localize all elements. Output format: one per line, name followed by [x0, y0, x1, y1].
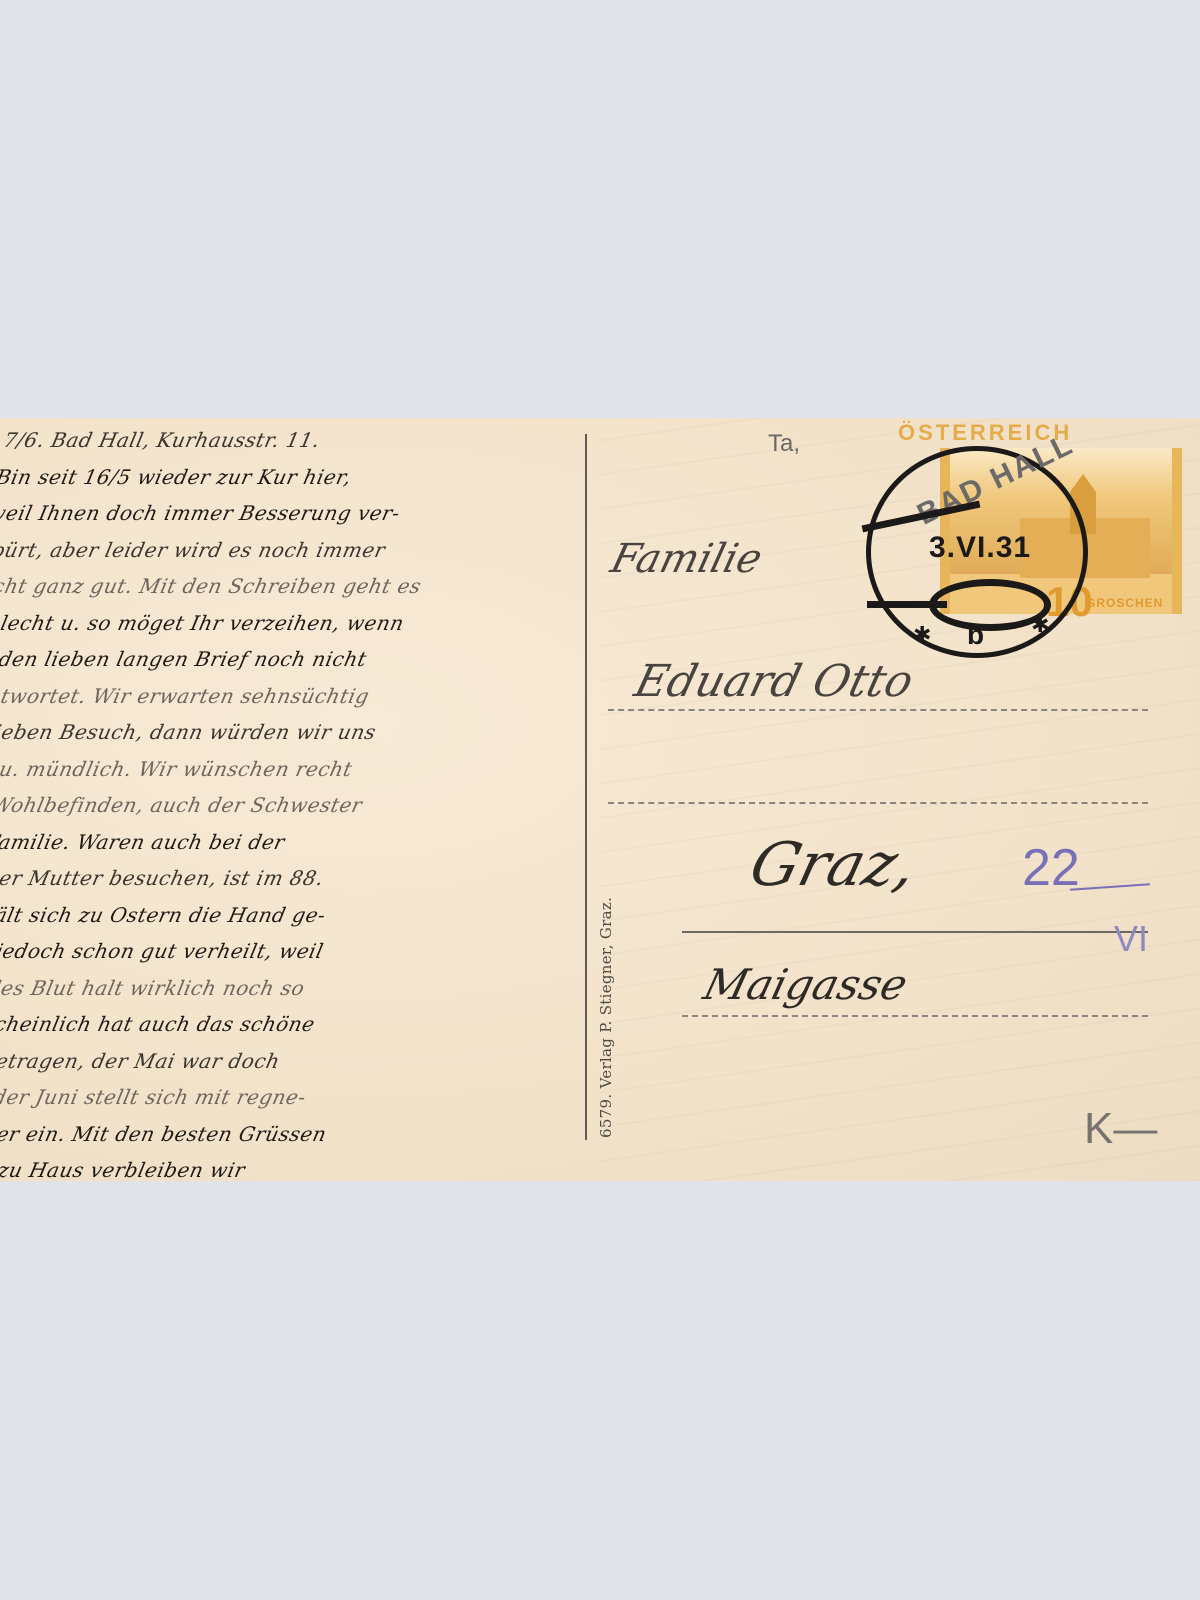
letter-line: Jahr u. hält sich zu Ostern die Hand ge-: [0, 897, 507, 934]
letter-line: holen u. mündlich. Wir wünschen recht: [0, 751, 538, 788]
letter-line: gutes Wohlbefinden, auch der Schwester: [0, 787, 530, 824]
letter-line: den lieben Besuch, dann würden wir uns: [0, 714, 546, 751]
pencil-mark: VI: [1114, 918, 1148, 960]
publisher-imprint: 6579. Verlag P. Stiegner, Graz.: [597, 897, 615, 1138]
letter-line: nicht ganz gut. Mit den Schreiben geht e…: [0, 568, 577, 605]
letter-line: ihr gesundes Blut halt wirklich noch so: [0, 970, 492, 1007]
star-icon: ✱: [913, 623, 931, 648]
postmark-date: 3.VI.31: [929, 531, 1031, 565]
address-street: Maigasse: [699, 960, 913, 1009]
address-salutation: Familie: [606, 536, 766, 582]
letter-line: schlecht u. so möget Ihr verzeihen, wenn: [0, 605, 569, 642]
postmark-bar: [867, 601, 947, 608]
postcard: 7/6. Bad Hall, Kurhausstr. 11.Bin seit 1…: [0, 418, 1200, 1181]
letter-line: beantwortet. Wir erwarten sehnsüchtig: [0, 678, 554, 715]
address-line-2: [608, 802, 1148, 804]
letter-line: rischem Wetter ein. Mit den besten Grüss…: [0, 1116, 461, 1153]
letter-line: sehr schön, der Juni stellt sich mit reg…: [0, 1079, 468, 1116]
letter-line: Schwester Mutter besuchen, ist im 88.: [0, 860, 515, 897]
letter-line: Wetter beigetragen, der Mai war doch: [0, 1043, 476, 1080]
stamp-currency: GROSCHEN: [1086, 596, 1163, 610]
address-name: Eduard Otto: [630, 656, 919, 707]
letter-line: weil Ihnen doch immer Besserung ver-: [0, 495, 592, 532]
handwritten-letter: 7/6. Bad Hall, Kurhausstr. 11.Bin seit 1…: [0, 422, 608, 1181]
letter-line: brochen, jedoch schon gut verheilt, weil: [0, 933, 499, 970]
letter-line: wir den lieben langen Brief noch nicht: [0, 641, 561, 678]
address-city: Graz,: [743, 830, 924, 900]
pencil-note-top: Ta,: [768, 430, 800, 458]
pencil-letter: K—: [1084, 1104, 1157, 1154]
postmark-letter: b: [967, 619, 984, 651]
address-line-4: [682, 1015, 1148, 1017]
letter-line: 7/6. Bad Hall, Kurhausstr. 11.: [0, 422, 608, 459]
star-icon: ✱: [1031, 613, 1049, 638]
letter-line: Bin seit 16/5 wieder zur Kur hier,: [0, 459, 600, 496]
address-line-3: [682, 931, 1148, 933]
letter-line: gut. Wahrscheinlich hat auch das schöne: [0, 1006, 484, 1043]
postmark-cancellation: BAD HALL 3.VI.31 b ✱ ✱: [866, 446, 1088, 658]
pencil-number: 22: [1022, 838, 1080, 898]
letter-line: sowie Familie. Waren auch bei der: [0, 824, 523, 861]
vertical-divider-line: [585, 434, 587, 1140]
letter-line: spürt, aber leider wird es noch immer: [0, 532, 585, 569]
letter-line: an den Herrn zu Haus verbleiben wir: [0, 1152, 453, 1181]
address-line-1: [608, 709, 1148, 711]
